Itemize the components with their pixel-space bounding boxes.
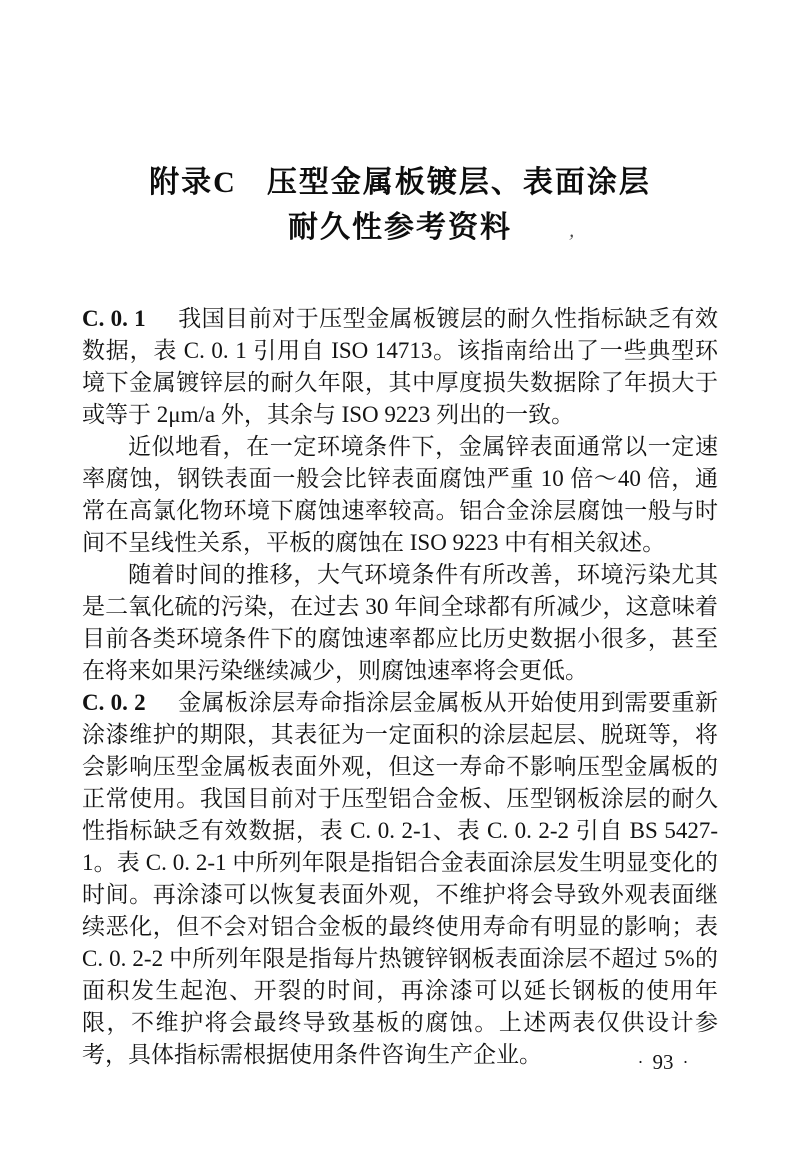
appendix-title-line-2: 耐久性参考资料 xyxy=(0,205,800,250)
clause-c01-paragraph-2: 近似地看，在一定环境条件下，金属锌表面通常以一定速率腐蚀，钢铁表面一般会比锌表面… xyxy=(82,431,718,559)
appendix-title-line-1: 附录C压型金属板镀层、表面涂层 xyxy=(0,160,800,205)
appendix-title: 附录C压型金属板镀层、表面涂层 耐久性参考资料 xyxy=(0,160,800,250)
clause-text: 金属板涂层寿命指涂层金属板从开始使用到需要重新涂漆维护的期限，其表征为一定面积的… xyxy=(82,690,718,1067)
appendix-label: 附录C xyxy=(149,166,237,199)
clause-text: 随着时间的推移，大气环境条件有所改善，环境污染尤其是二氧化硫的污染，在过去 30… xyxy=(82,562,718,683)
body-text: C. 0. 1我国目前对于压型金属板镀层的耐久性指标缺乏有效数据，表 C. 0.… xyxy=(82,303,718,1071)
clause-text: 我国目前对于压型金属板镀层的耐久性指标缺乏有效数据，表 C. 0. 1 引用自 … xyxy=(82,306,718,427)
page-number: 93 xyxy=(653,1050,674,1074)
footer-left-dot: · xyxy=(629,1052,653,1072)
clause-c01: C. 0. 1我国目前对于压型金属板镀层的耐久性指标缺乏有效数据，表 C. 0.… xyxy=(82,303,718,431)
clause-text: 近似地看，在一定环境条件下，金属锌表面通常以一定速率腐蚀，钢铁表面一般会比锌表面… xyxy=(82,434,718,555)
page-number-footer: ·93· xyxy=(618,1050,708,1075)
appendix-title-text-2: 耐久性参考资料 xyxy=(288,211,512,244)
footer-right-dot: · xyxy=(674,1052,698,1072)
clause-c01-paragraph-3: 随着时间的推移，大气环境条件有所改善，环境污染尤其是二氧化硫的污染，在过去 30… xyxy=(82,559,718,687)
clause-number: C. 0. 2 xyxy=(82,690,146,715)
clause-number: C. 0. 1 xyxy=(82,306,146,331)
appendix-title-text: 压型金属板镀层、表面涂层 xyxy=(267,166,651,199)
clause-c02: C. 0. 2金属板涂层寿命指涂层金属板从开始使用到需要重新涂漆维护的期限，其表… xyxy=(82,687,718,1071)
document-page: 附录C压型金属板镀层、表面涂层 耐久性参考资料 ， C. 0. 1我国目前对于压… xyxy=(0,0,800,1164)
